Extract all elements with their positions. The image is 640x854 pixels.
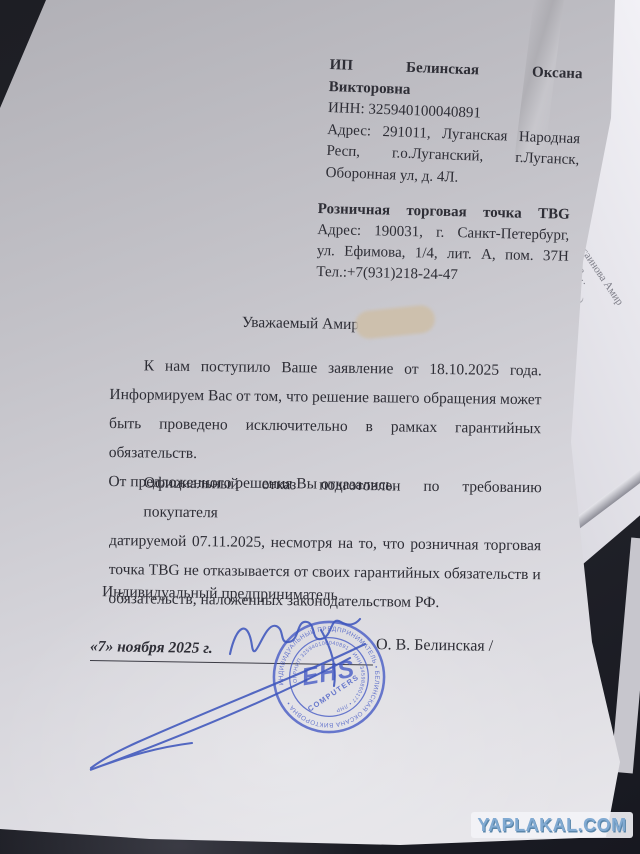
watermark-text: YAPLAKAL.COM	[477, 815, 626, 836]
salutation: Уважаемый Амир	[242, 314, 359, 334]
store-block: Розничная торговая точка TBG Адрес: 1900…	[316, 199, 570, 289]
body-line: быть проведено исключительно в рамках га…	[109, 409, 542, 472]
sender-block: ИП Белинская Оксана Викторовна ИНН: 3259…	[325, 55, 583, 193]
body-line: Официальный отказ подготовлен по требова…	[109, 468, 542, 531]
background-sheet-bottom-right	[611, 537, 640, 773]
redaction-blur	[354, 304, 436, 340]
photo-of-letter: пок… …кого от Хусаинова Амир +7 921 32… …	[0, 0, 640, 854]
watermark-badge: YAPLAKAL.COM	[471, 812, 633, 838]
signature	[78, 592, 400, 792]
letter-sheet: ИП Белинская Оксана Викторовна ИНН: 3259…	[0, 0, 640, 854]
